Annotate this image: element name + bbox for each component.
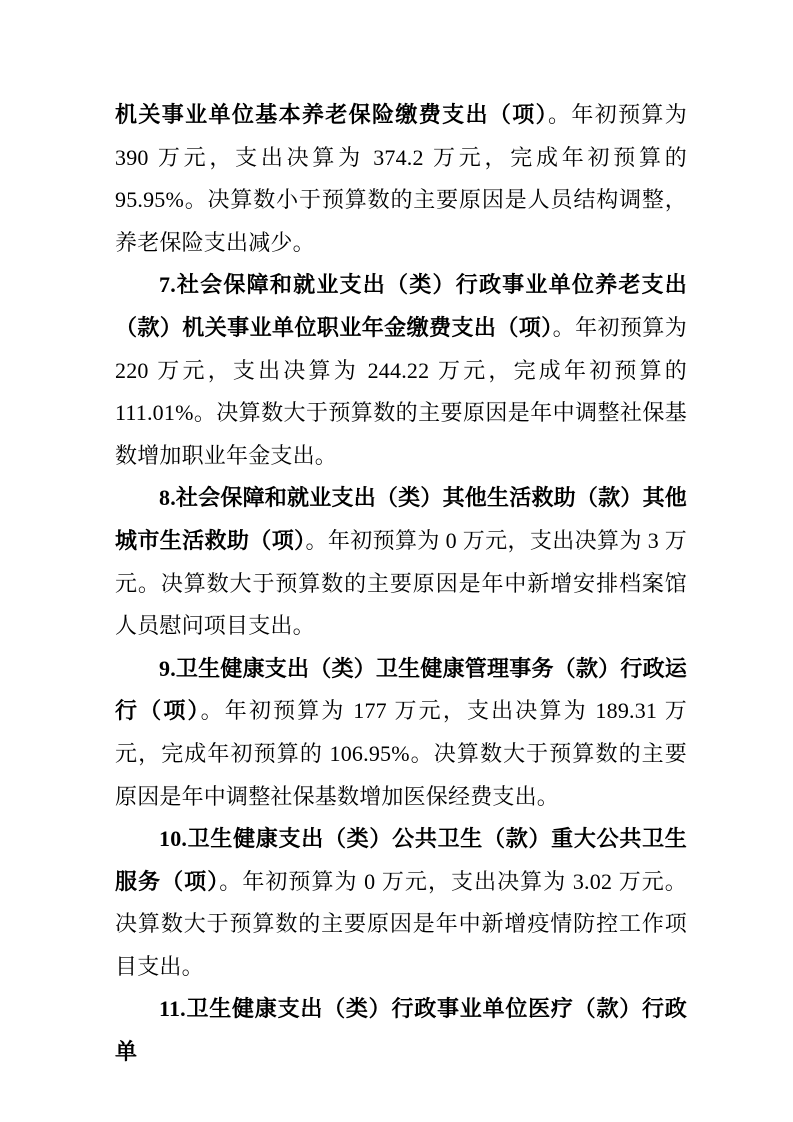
- paragraph-5: 10.卫生健康支出（类）公共卫生（款）重大公共卫生服务（项）。年初预算为 0 万…: [115, 818, 687, 988]
- clause-heading: 11.卫生健康支出（类）行政事业单位医疗（款）行政单: [115, 996, 687, 1064]
- document-body: 机关事业单位基本养老保险缴费支出（项）。年初预算为 390 万元，支出决算为 3…: [115, 94, 687, 1074]
- clause-text: 。年初预算为 177 万元，支出决算为 189.31 万元，完成年初预算的 10…: [115, 698, 687, 808]
- paragraph-4: 9.卫生健康支出（类）卫生健康管理事务（款）行政运行（项）。年初预算为 177 …: [115, 648, 687, 818]
- paragraph-3: 8.社会保障和就业支出（类）其他生活救助（款）其他城市生活救助（项）。年初预算为…: [115, 477, 687, 647]
- document-page: 机关事业单位基本养老保险缴费支出（项）。年初预算为 390 万元，支出决算为 3…: [0, 0, 793, 1122]
- paragraph-6: 11.卫生健康支出（类）行政事业单位医疗（款）行政单: [115, 988, 687, 1073]
- paragraph-1: 机关事业单位基本养老保险缴费支出（项）。年初预算为 390 万元，支出决算为 3…: [115, 94, 687, 264]
- paragraph-2: 7.社会保障和就业支出（类）行政事业单位养老支出（款）机关事业单位职业年金缴费支…: [115, 264, 687, 477]
- clause-heading: 机关事业单位基本养老保险缴费支出（项）: [115, 102, 548, 127]
